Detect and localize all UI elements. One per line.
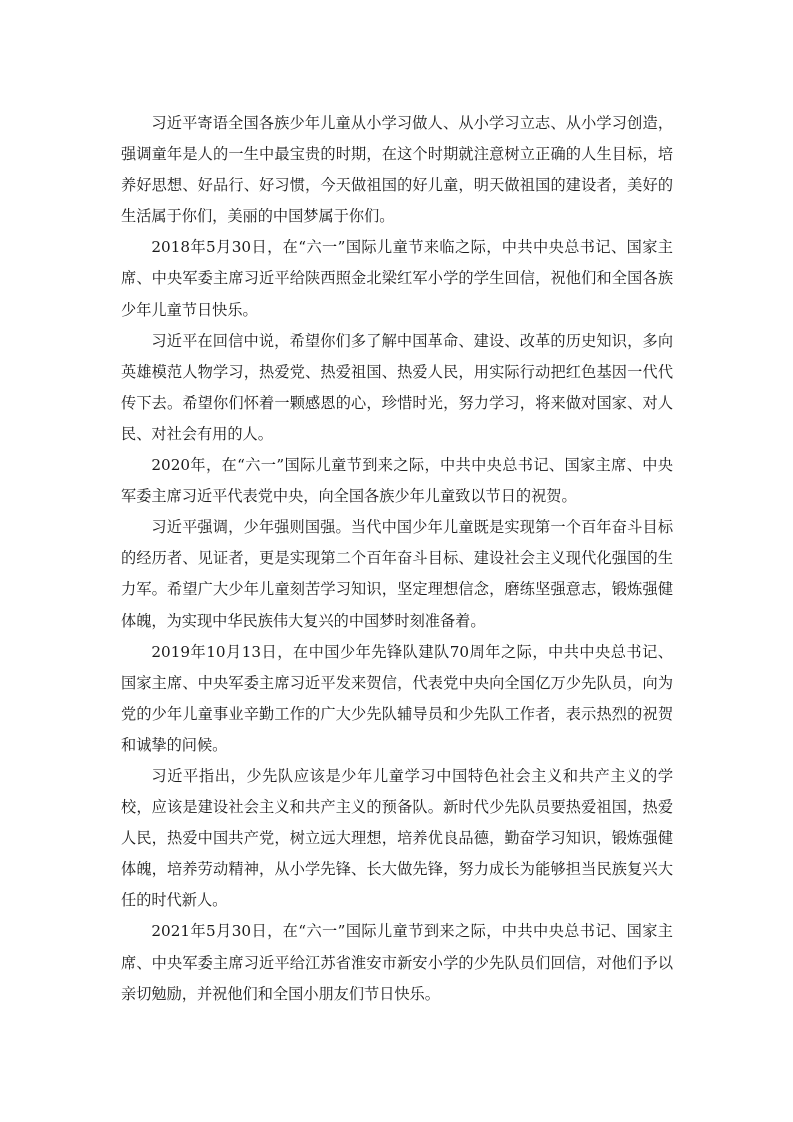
paragraph-6: 2019年10月13日，在中国少年先锋队建队70周年之际，中共中央总书记、国家主… <box>121 637 673 761</box>
paragraph-5: 习近平强调，少年强则国强。当代中国少年儿童既是实现第一个百年奋斗目标的经历者、见… <box>121 512 673 636</box>
paragraph-2: 2018年5月30日，在“六一”国际儿童节来临之际，中共中央总书记、国家主席、中… <box>121 232 673 325</box>
document-page: 习近平寄语全国各族少年儿童从小学习做人、从小学习立志、从小学习创造，强调童年是人… <box>121 108 673 1010</box>
paragraph-3: 习近平在回信中说，希望你们多了解中国革命、建设、改革的历史知识，多向英雄模范人物… <box>121 326 673 450</box>
paragraph-4: 2020年，在“六一”国际儿童节到来之际，中共中央总书记、国家主席、中央军委主席… <box>121 450 673 512</box>
paragraph-7: 习近平指出，少先队应该是少年儿童学习中国特色社会主义和共产主义的学校，应该是建设… <box>121 761 673 916</box>
paragraph-1: 习近平寄语全国各族少年儿童从小学习做人、从小学习立志、从小学习创造，强调童年是人… <box>121 108 673 232</box>
paragraph-8: 2021年5月30日，在“六一”国际儿童节到来之际，中共中央总书记、国家主席、中… <box>121 916 673 1009</box>
